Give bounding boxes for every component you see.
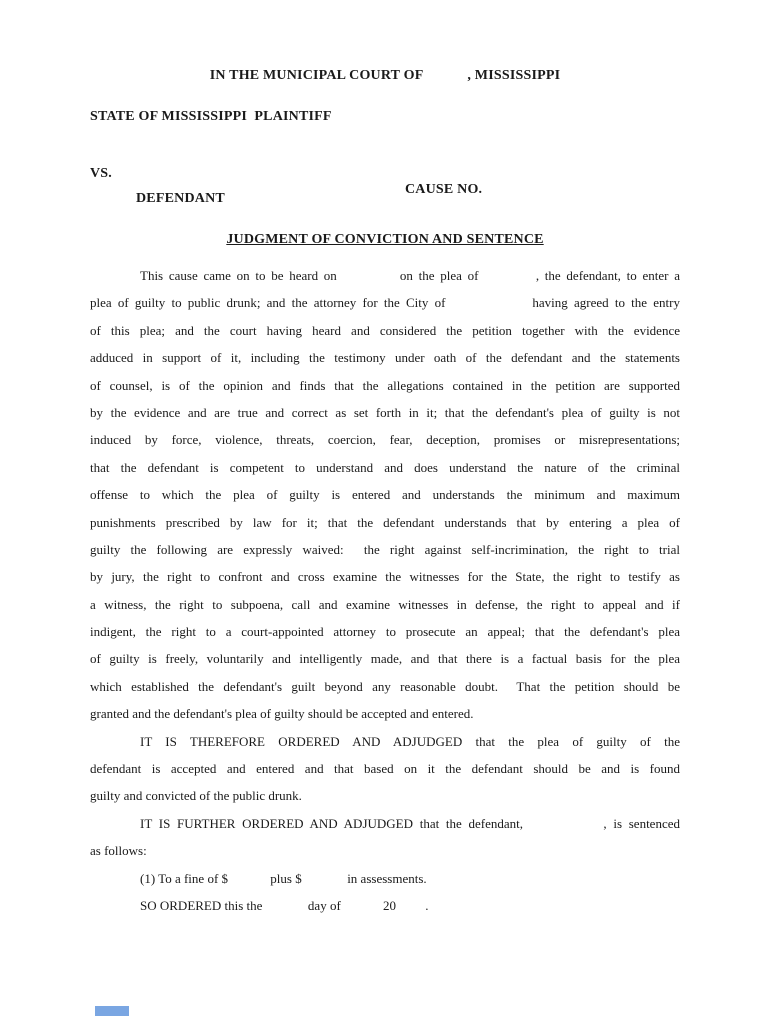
document-line: granted and the defendant's plea of guil… [90,700,680,727]
fine-line: (1) To a fine of $ plus $ in assessments… [90,865,680,892]
defendant-label: DEFENDANT [136,191,726,207]
document-line: by jury, the right to confront and cross… [90,563,680,590]
document-line: induced by force, violence, threats, coe… [90,426,680,453]
document-line: of guilty is freely, voluntarily and int… [90,645,680,672]
document-body: This cause came on to be heard on on the… [90,262,680,919]
document-line: adduced in support of it, including the … [90,344,680,371]
so-ordered-line: SO ORDERED this the day of 20 . [90,892,680,919]
document-line: IT IS THEREFORE ORDERED AND ADJUDGED tha… [90,728,680,755]
document-line: that the defendant is competent to under… [90,454,680,481]
document-line: punishments prescribed by law for it; th… [90,509,680,536]
document-line: a witness, the right to subpoena, call a… [90,591,680,618]
plaintiff-line: STATE OF MISSISSIPPI PLAINTIFF [90,109,680,125]
document-page: IN THE MUNICIPAL COURT OF , MISSISSIPPI … [0,0,770,1024]
document-line: defendant is accepted and entered and th… [90,755,680,782]
document-line: IT IS FURTHER ORDERED AND ADJUDGED that … [90,810,680,837]
document-line: of counsel, is of the opinion and finds … [90,372,680,399]
vs-label: VS. [90,166,112,182]
document-line: as follows: [90,837,680,864]
document-title: JUDGMENT OF CONVICTION AND SENTENCE [90,232,680,248]
document-line: This cause came on to be heard on on the… [90,262,680,289]
document-line: of this plea; and the court having heard… [90,317,680,344]
document-line: guilty the following are expressly waive… [90,536,680,563]
court-name-line: IN THE MUNICIPAL COURT OF , MISSISSIPPI [90,68,680,84]
form-field-marker[interactable] [95,1006,129,1016]
document-line: offense to which the plea of guilty is e… [90,481,680,508]
document-line: indigent, the right to a court-appointed… [90,618,680,645]
document-line: which established the defendant's guilt … [90,673,680,700]
document-line: by the evidence and are true and correct… [90,399,680,426]
document-content: IN THE MUNICIPAL COURT OF , MISSISSIPPI … [90,0,680,1024]
document-line: plea of guilty to public drunk; and the … [90,289,680,316]
document-line: guilty and convicted of the public drunk… [90,782,680,809]
